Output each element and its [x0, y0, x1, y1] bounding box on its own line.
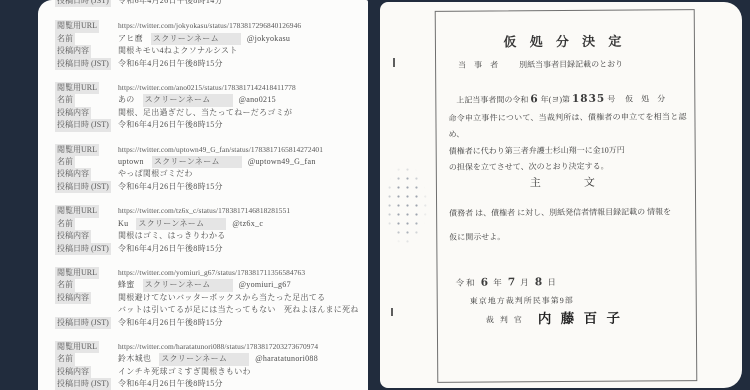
screen-name-label: スクリーンネーム: [136, 218, 226, 230]
field-label-url: 閲覧用URL: [55, 20, 99, 32]
account-name-row: 鈴木城也スクリーンネーム@haratatunori088: [118, 353, 368, 365]
account-name-row: Kuスクリーンネーム@tz6x_c: [118, 218, 368, 230]
scan-artifact-mark: [391, 308, 393, 316]
field-label-name: 名前: [55, 218, 75, 230]
account-name-row: あのスクリーンネーム@ano0215: [118, 94, 368, 106]
tweet-url: https://twitter.com/uptown49_G_fan/statu…: [118, 144, 368, 156]
post-content: 関根キモい4ねよクソナルシスト: [118, 45, 368, 57]
post-datetime: 令和6年4月26日午後8時15分: [118, 317, 368, 329]
field-label-datetime: 投稿日時 (JST): [55, 119, 111, 131]
field-label-url: 閲覧用URL: [55, 144, 99, 156]
field-label-url: 閲覧用URL: [55, 82, 99, 94]
tweet-record: 閲覧用URL https://twitter.com/ano0215/statu…: [55, 82, 368, 132]
field-label-name: 名前: [55, 279, 75, 291]
post-datetime: 令和6年4月26日午後8時14分: [118, 0, 368, 7]
post-content: 関根避けてないバッターボックスから当たった足出てるバットは引いてるが足には当たっ…: [118, 292, 368, 317]
field-label-url: 閲覧用URL: [55, 205, 99, 217]
tweet-record: 閲覧用URL https://twitter.com/haratatunori0…: [55, 341, 368, 390]
field-label-datetime: 投稿日時 (JST): [55, 0, 111, 7]
court-document-border: 仮 処 分 決 定 当 事 者 別紙当事者目録記載のとおり 上記当事者間の令和 …: [435, 9, 698, 383]
screen-name-label: スクリーンネーム: [151, 33, 241, 45]
account-handle: @haratatunori088: [255, 354, 318, 363]
field-label-content: 投稿内容: [55, 107, 91, 119]
tweet-record: 閲覧用URL https://twitter.com/uptown49_G_fa…: [55, 144, 368, 194]
tweet-url: https://twitter.com/tz6x_c/status/178381…: [118, 205, 368, 217]
field-label-content: 投稿内容: [55, 168, 91, 180]
field-label-content: 投稿内容: [55, 45, 91, 57]
field-label-datetime: 投稿日時 (JST): [55, 243, 111, 255]
main-text: 債務者 は、債権者 に対し、別紙発信者情報目録記載の 情報を 仮に開示せよ。: [449, 200, 685, 250]
case-line: 上記当事者間の令和 6 年(ヨ)第 1835 号 仮 処 分: [448, 90, 686, 109]
screen-name-label: スクリーンネーム: [152, 156, 242, 168]
party-value: 別紙当事者目録記載のとおり: [519, 60, 623, 70]
date-year: 6: [481, 277, 489, 289]
field-label-datetime: 投稿日時 (JST): [55, 378, 111, 390]
screen-name-label: スクリーンネーム: [143, 279, 233, 291]
judge-row: 裁 判 官 内 藤 百 子: [486, 307, 623, 328]
account-handle: @uptown49_G_fan: [248, 157, 316, 166]
field-label-content: 投稿内容: [55, 292, 91, 304]
field-label-datetime: 投稿日時 (JST): [55, 58, 111, 70]
account-name-row: アヒ麿スクリーンネーム@jokyokasu: [118, 33, 368, 45]
account-name: uptown: [118, 157, 144, 166]
post-content: 関根、足出過ぎだし、当たってねーだろゴミが: [118, 107, 368, 119]
field-label-name: 名前: [55, 156, 75, 168]
tweet-url: https://twitter.com/yomiuri_g67/status/1…: [118, 267, 368, 279]
party-row: 当 事 者 別紙当事者目録記載のとおり: [458, 59, 623, 71]
main-text-line2: 仮に開示せよ。: [449, 224, 685, 250]
post-datetime: 令和6年4月26日午後8時15分: [118, 58, 368, 70]
field-label-url: 閲覧用URL: [55, 267, 99, 279]
account-name: あの: [118, 95, 135, 104]
account-name: 蜂蜜: [118, 280, 135, 289]
case-type: 仮 処 分: [625, 94, 668, 103]
post-datetime: 令和6年4月26日午後8時15分: [118, 181, 368, 193]
post-datetime: 令和6年4月26日午後8時15分: [118, 243, 368, 255]
field-label-url: 閲覧用URL: [55, 341, 99, 353]
judge-label: 裁 判 官: [486, 310, 524, 325]
body-line2: 命令申立事件について、当裁判所は、債権者の申立てを相当と認め、: [448, 109, 686, 144]
tweet-url: https://twitter.com/ano0215/status/17838…: [118, 82, 368, 94]
post-content: 関根はゴミ、はっきりわかる: [118, 230, 368, 242]
account-name: Ku: [118, 219, 128, 228]
tweet-record: 閲覧用URL https://twitter.com/yomiuri_g67/s…: [55, 267, 368, 329]
account-name-row: 蜂蜜スクリーンネーム@yomiuri_g67: [118, 279, 368, 291]
case-number: 1835: [572, 93, 605, 105]
stamp-dots-pattern: [385, 165, 427, 245]
scan-artifact-mark: [393, 58, 395, 67]
account-name-row: uptownスクリーンネーム@uptown49_G_fan: [118, 156, 368, 168]
date-day: 8: [535, 276, 543, 288]
post-content: やっぱ関根ゴミだわ: [118, 168, 368, 180]
account-handle: @yomiuri_g67: [239, 280, 291, 289]
account-handle: @ano0215: [239, 95, 276, 104]
party-label: 当 事 者: [458, 60, 501, 69]
main-text-line1: 債務者 は、債権者 に対し、別紙発信者情報目録記載の 情報を: [449, 200, 685, 226]
court-name: 東京地方裁判所民事第9部: [470, 295, 574, 307]
field-label-content: 投稿内容: [55, 366, 91, 378]
right-document-card: 仮 処 分 決 定 当 事 者 別紙当事者目録記載のとおり 上記当事者間の令和 …: [380, 2, 742, 388]
field-label-datetime: 投稿日時 (JST): [55, 181, 111, 193]
field-label-name: 名前: [55, 94, 75, 106]
post-content: インチキ死球ゴミすぎ関根きもいわ: [118, 366, 368, 378]
field-label-datetime: 投稿日時 (JST): [55, 317, 111, 329]
screen-name-label: スクリーンネーム: [159, 353, 249, 365]
tweet-url: https://twitter.com/haratatunori088/stat…: [118, 341, 368, 353]
field-label-content: 投稿内容: [55, 230, 91, 242]
case-year: 6: [530, 93, 538, 105]
body-line3: 債権者に代わり第三者弁護士杉山翔一に金10万円: [449, 142, 687, 160]
document-title: 仮 処 分 決 定: [436, 30, 694, 51]
account-name: アヒ麿: [118, 34, 143, 43]
field-label-name: 名前: [55, 353, 75, 365]
main-text-heading: 主 文: [437, 173, 695, 191]
account-handle: @tz6x_c: [232, 219, 263, 228]
tweet-record: 閲覧用URL https://twitter.com/jokyokasu/sta…: [55, 20, 368, 70]
post-datetime: 令和6年4月26日午後8時15分: [118, 119, 368, 131]
decision-date: 令和 6 年 7 月 8 日: [456, 276, 558, 289]
account-name: 鈴木城也: [118, 354, 151, 363]
post-datetime: 令和6年4月26日午後8時15分: [118, 378, 368, 390]
date-month: 7: [508, 276, 516, 288]
left-document-card: 投稿日時 (JST) 令和6年4月26日午後8時14分 閲覧用URL https…: [38, 0, 368, 390]
account-handle: @jokyokasu: [247, 34, 290, 43]
judge-name: 内 藤 百 子: [538, 307, 623, 328]
screen-name-label: スクリーンネーム: [143, 94, 233, 106]
partial-top-row: 投稿日時 (JST) 令和6年4月26日午後8時14分: [55, 0, 368, 7]
tweet-record: 閲覧用URL https://twitter.com/tz6x_c/status…: [55, 205, 368, 255]
tweet-url: https://twitter.com/jokyokasu/status/178…: [118, 20, 368, 32]
decision-paragraph: 上記当事者間の令和 6 年(ヨ)第 1835 号 仮 処 分 命令申立事件につい…: [448, 90, 687, 176]
field-label-name: 名前: [55, 33, 75, 45]
